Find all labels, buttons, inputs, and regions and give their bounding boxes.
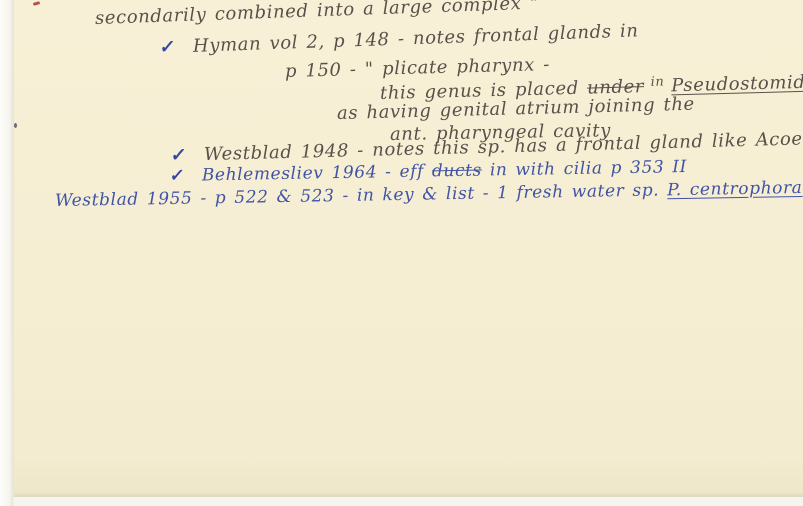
line-9-text: Westblad 1955 - p 522 & 523 - in key & l… bbox=[55, 180, 668, 211]
red-edge-mark bbox=[33, 1, 41, 6]
scan-speck bbox=[14, 123, 17, 128]
line-2-text: Hyman vol 2, p 148 - notes frontal gland… bbox=[193, 20, 639, 57]
taxon-name-underlined: Pseudostomidae bbox=[671, 71, 803, 96]
inserted-word: in bbox=[644, 74, 672, 90]
checkmark-icon: ✓ bbox=[159, 36, 177, 58]
line-1-text: secondarily combined into a large comple… bbox=[95, 0, 539, 29]
checkmark-icon: ✓ bbox=[170, 145, 188, 166]
checkmark-icon: ✓ bbox=[169, 166, 186, 186]
species-name-underlined: P. centrophora bbox=[667, 178, 803, 200]
line-8-text: Behlemesliev 1964 - eff bbox=[202, 161, 432, 185]
scan-background: secondarily combined into a large comple… bbox=[0, 0, 803, 506]
handwritten-line-1: secondarily combined into a large comple… bbox=[95, 0, 539, 29]
line-8-text-cont: in with cilia p 353 II bbox=[482, 157, 687, 181]
struck-word: ducts bbox=[432, 161, 482, 182]
index-card: secondarily combined into a large comple… bbox=[13, 0, 803, 497]
handwritten-line-2: ✓ Hyman vol 2, p 148 - notes frontal gla… bbox=[160, 20, 639, 58]
